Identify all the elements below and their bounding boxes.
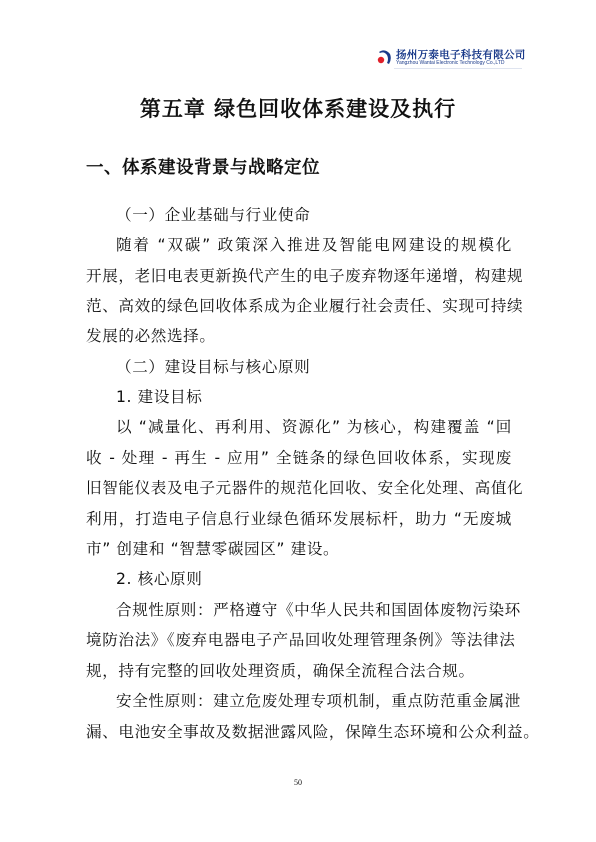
paragraph-line: 利用，打造电子信息行业绿色循环发展标杆，助力 “无废城 bbox=[86, 507, 512, 529]
paragraph-line: 范、高效的绿色回收体系成为企业履行社会责任、实现可持续 bbox=[86, 294, 512, 316]
paragraph-line: 发展的必然选择。 bbox=[86, 324, 512, 346]
header-rule bbox=[394, 68, 522, 69]
paragraph-line: 以 “减量化、再利用、资源化” 为核心，构建覆盖 “回 bbox=[116, 415, 512, 437]
item-heading: 1. 建设目标 bbox=[116, 385, 542, 407]
item-heading: 2. 核心原则 bbox=[116, 567, 542, 589]
page-number: 50 bbox=[0, 778, 596, 787]
paragraph-line: 随着 “双碳” 政策深入推进及智能电网建设的规模化 bbox=[116, 233, 512, 255]
paragraph-line: 合规性原则：严格遵守《中华人民共和国固体废物污染环 bbox=[116, 598, 512, 620]
subsection-heading: （一）企业基础与行业使命 bbox=[116, 203, 542, 225]
section-heading: 一、体系建设背景与战略定位 bbox=[86, 154, 320, 179]
company-name-en: Yangzhou Wantai Electronic Technology Co… bbox=[396, 60, 504, 66]
paragraph-line: 市” 创建和 “智慧零碳园区” 建设。 bbox=[86, 537, 512, 559]
company-logo-icon bbox=[376, 48, 392, 66]
subsection-heading: （二）建设目标与核心原则 bbox=[116, 355, 542, 377]
paragraph-line: 开展，老旧电表更新换代产生的电子废弃物逐年递增，构建规 bbox=[86, 264, 512, 286]
paragraph-line: 规，持有完整的回收处理资质，确保全流程合法合规。 bbox=[86, 659, 512, 681]
company-logo-header: 扬州万泰电子科技有限公司 Yangzhou Wantai Electronic … bbox=[372, 46, 522, 72]
paragraph-line: 境防治法》《废弃电器电子产品回收处理管理条例》等法律法 bbox=[86, 628, 512, 650]
paragraph-line: 旧智能仪表及电子元器件的规范化回收、安全化处理、高值化 bbox=[86, 476, 512, 498]
paragraph-line: 收 - 处理 - 再生 - 应用” 全链条的绿色回收体系，实现废 bbox=[86, 446, 512, 468]
paragraph-line: 漏、电池安全事故及数据泄露风险，保障生态环境和公众利益。 bbox=[86, 720, 512, 742]
paragraph-line: 安全性原则：建立危废处理专项机制，重点防范重金属泄 bbox=[116, 689, 512, 711]
chapter-title: 第五章 绿色回收体系建设及执行 bbox=[0, 93, 596, 123]
